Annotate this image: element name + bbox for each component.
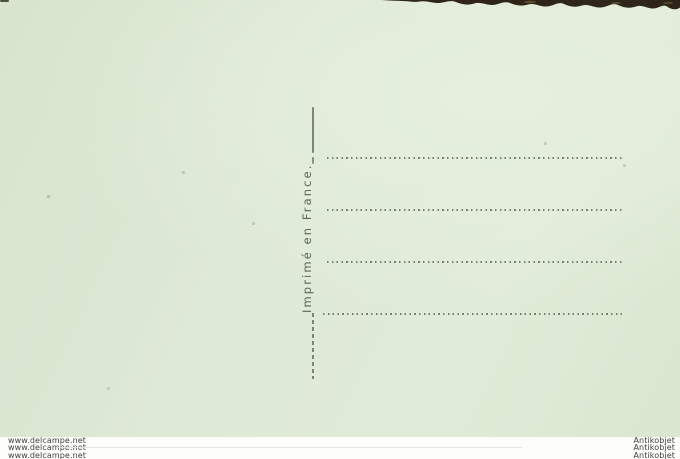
address-line-4 <box>323 313 624 315</box>
scan-artifact-line <box>57 447 522 448</box>
divider-line-top <box>312 107 314 153</box>
watermark-band: www.delcampe.net Antikobjet www.delcampe… <box>0 437 680 459</box>
deckle-edge-icon <box>380 0 680 12</box>
watermark-row: www.delcampe.net Antikobjet <box>0 452 680 459</box>
divider-line-bottom <box>312 313 314 379</box>
scanned-postcard-back: Imprimé en France. www.delcampe.net Anti… <box>0 0 680 459</box>
watermark-left-text: www.delcampe.net <box>8 452 86 459</box>
address-line-3 <box>327 261 624 263</box>
address-line-2 <box>327 209 624 211</box>
imprint-text: Imprimé en France. <box>300 163 317 313</box>
watermark-right-text: Antikobjet <box>633 452 675 459</box>
top-left-edge-speck <box>0 0 9 2</box>
address-line-1 <box>327 157 624 159</box>
watermark-row: www.delcampe.net Antikobjet <box>0 437 680 444</box>
postcard-surface: Imprimé en France. <box>0 0 680 438</box>
